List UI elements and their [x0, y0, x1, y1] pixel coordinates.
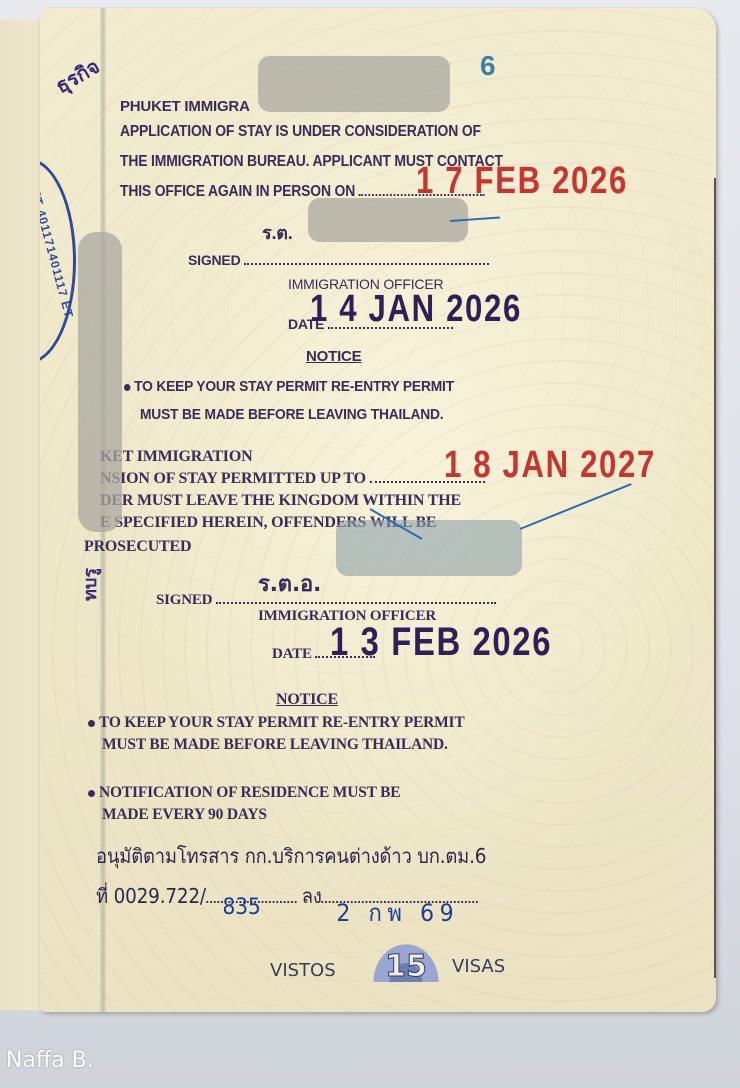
stamp2-line-1: KET IMMIGRATION	[100, 448, 252, 466]
signed-row: SIGNED	[188, 252, 489, 268]
passport-visa-page: AFT 401171401117 ET ธุรกิจ | ทบรู 6 PHUK…	[40, 8, 716, 1012]
ref-number: 835	[223, 895, 261, 920]
signed-row: SIGNED	[156, 592, 496, 609]
extension-date-stamp: 1 3 FEB 2026	[330, 620, 552, 665]
stamp1-line-1: APPLICATION OF STAY IS UNDER CONSIDERATI…	[120, 123, 481, 141]
ref-number-line: 835	[206, 901, 296, 903]
officer-rank: ร.ต.	[262, 218, 293, 247]
approval-ref-row: ที่ 0029.722/835 ลง2 กพ 69	[96, 880, 478, 912]
notice-title: NOTICE	[276, 691, 338, 709]
bullet-icon	[124, 384, 130, 391]
notice-item-2: NOTIFICATION OF RESIDENCE MUST BE	[88, 784, 400, 802]
notice-item-2-cont: MADE EVERY 90 DAYS	[102, 806, 267, 824]
contact-date-stamp: 1 7 FEB 2026	[416, 160, 628, 203]
footer-visas: VISAS	[452, 956, 505, 977]
permitted-label: NSION OF STAY PERMITTED UP TO	[100, 470, 366, 487]
date-prefix: ลง	[302, 884, 322, 908]
notice-item-1: TO KEEP YOUR STAY PERMIT RE-ENTRY PERMIT	[88, 714, 465, 732]
notice-text: TO KEEP YOUR STAY PERMIT RE-ENTRY PERMIT	[134, 378, 454, 395]
bullet-icon	[88, 790, 95, 797]
signed-label: SIGNED	[188, 252, 240, 268]
bullet-icon	[88, 720, 95, 727]
partial-number: 6	[480, 50, 495, 82]
page-footer: VISTOS 15 VISAS	[270, 938, 550, 988]
stamp2-line-5: PROSECUTED	[84, 538, 191, 556]
signed-label: SIGNED	[156, 592, 212, 608]
page-number: 15	[385, 952, 427, 982]
date-label: DATE	[272, 646, 312, 662]
stamp1-office: PHUKET IMMIGRA	[120, 98, 250, 115]
footer-vistos: VISTOS	[270, 960, 336, 981]
approval-line: อนุมัติตามโทรสาร กก.บริการคนต่างด้าว บก.…	[96, 840, 486, 872]
redacted-area	[308, 198, 468, 242]
notice-text: NOTIFICATION OF RESIDENCE MUST BE	[99, 784, 400, 801]
signature-stroke	[520, 483, 632, 530]
notice-item-1-cont: MUST BE MADE BEFORE LEAVING THAILAND.	[102, 736, 448, 754]
approval-date-line: 2 กพ 69	[322, 901, 478, 903]
notice-line-2: MUST BE MADE BEFORE LEAVING THAILAND.	[140, 406, 443, 423]
signature-line	[244, 263, 489, 265]
stamp2-line-2: NSION OF STAY PERMITTED UP TO	[100, 470, 485, 488]
stamp2-line-3: DER MUST LEAVE THE KINGDOM WITHIN THE	[100, 492, 461, 510]
photo-watermark: Naffa B.	[6, 1048, 94, 1073]
notice-line-1: TO KEEP YOUR STAY PERMIT RE-ENTRY PERMIT	[124, 378, 454, 395]
redacted-area	[78, 232, 122, 532]
redacted-area	[258, 56, 450, 112]
signature-line	[216, 602, 496, 604]
page-edge	[714, 178, 716, 978]
approval-date: 2 กพ 69	[336, 893, 459, 932]
redacted-area	[336, 520, 522, 576]
entry-date-stamp: 1 4 JAN 2026	[310, 288, 522, 331]
notice-title: NOTICE	[306, 348, 361, 365]
permitted-until-stamp: 1 8 JAN 2027	[444, 444, 656, 487]
page-number-emblem: 15	[368, 938, 444, 982]
handwritten-thai-note: ธุรกิจ	[49, 50, 106, 101]
handwritten-thai-vertical: ทบรู	[76, 568, 105, 601]
ref-prefix: ที่ 0029.722/	[96, 884, 206, 908]
notice-text: TO KEEP YOUR STAY PERMIT RE-ENTRY PERMIT	[99, 714, 465, 731]
